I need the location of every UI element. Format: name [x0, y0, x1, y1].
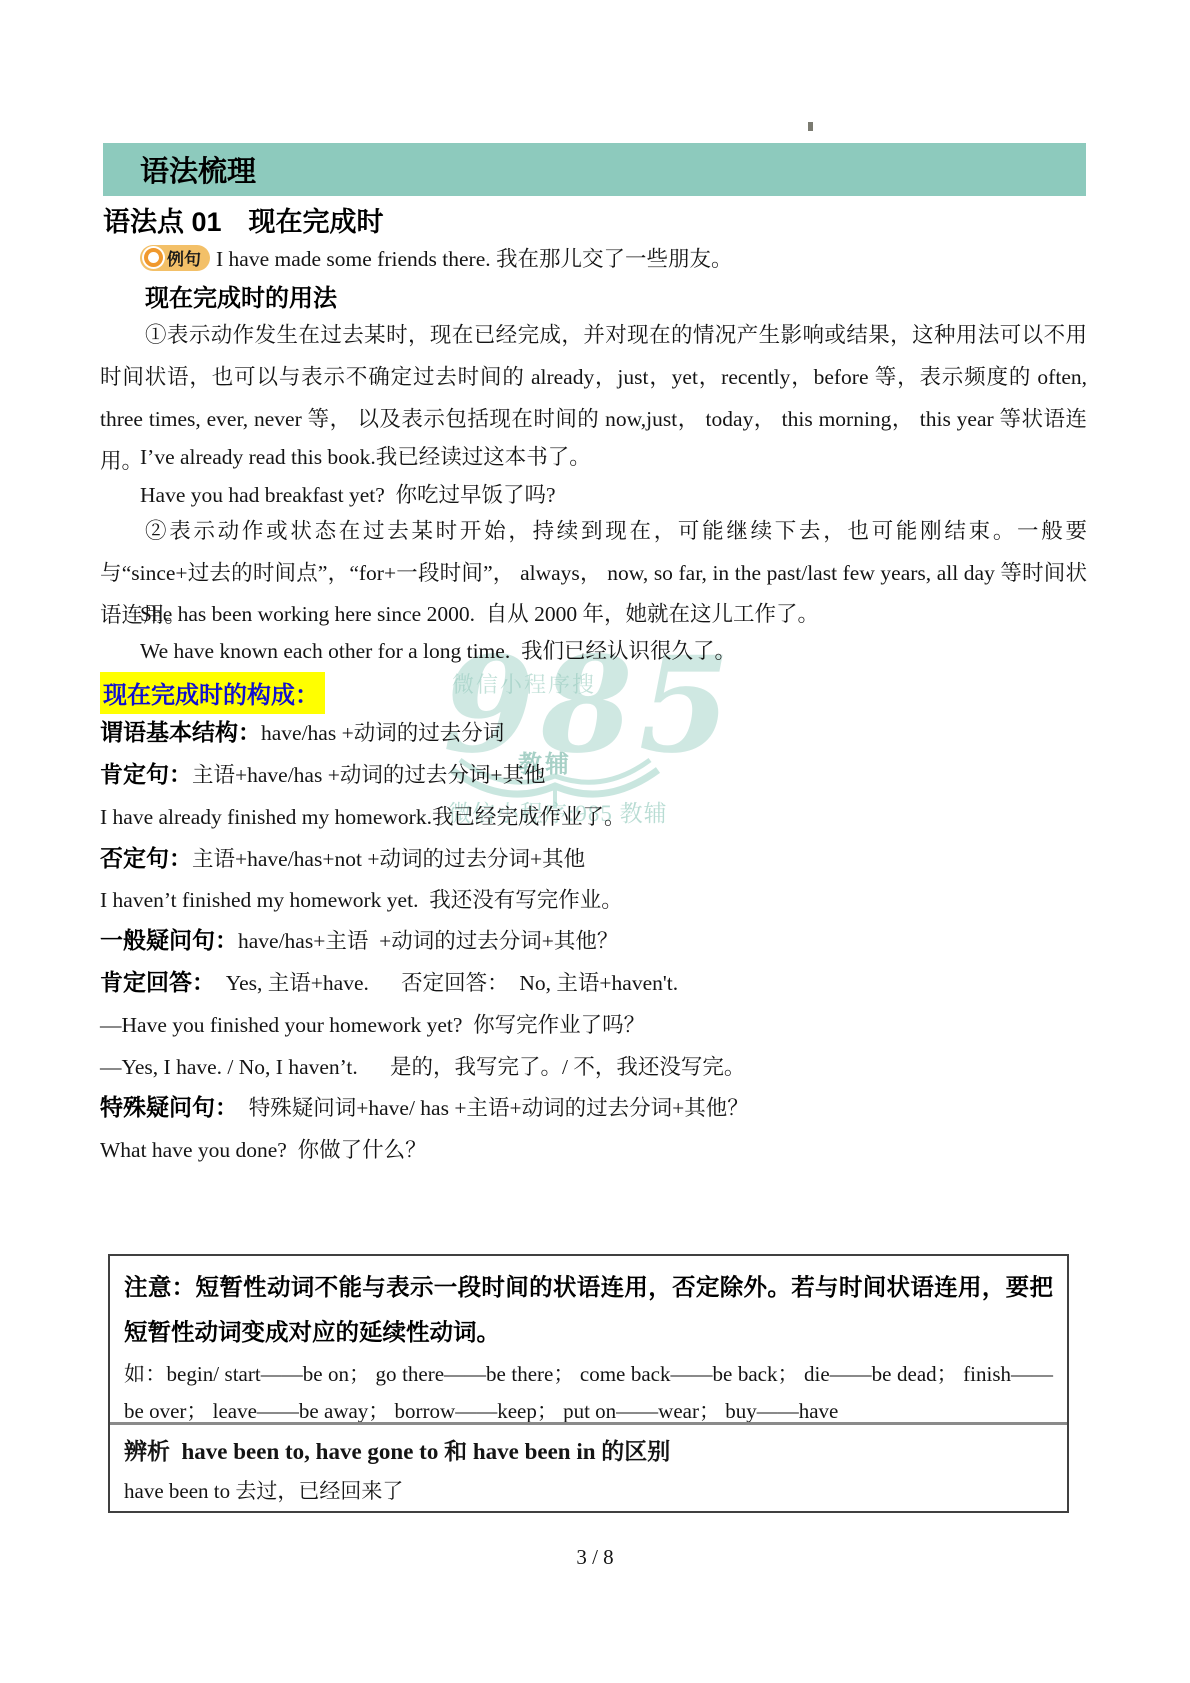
- general-question-text: have/has+主语 +动词的过去分词+其他？: [238, 929, 618, 953]
- notice-box: 注意：短暂性动词不能与表示一段时间的状语连用，否定除外。若与时间状语连用，要把短…: [108, 1254, 1069, 1513]
- page-number: 3 / 8: [0, 1545, 1190, 1570]
- answers-text: Yes, 主语+have. 否定回答： No, 主语+haven't.: [215, 971, 678, 995]
- special-question-text: 特殊疑问词+have/ has +主语+动词的过去分词+其他？: [238, 1096, 749, 1120]
- example-sentence-2: Have you had breakfast yet? 你吃过早饭了吗?: [140, 475, 556, 515]
- example-badge: 例句: [140, 245, 210, 271]
- analysis-title-row: 辨析 have been to, have gone to 和 have bee…: [124, 1433, 1053, 1466]
- composition-heading: 现在完成时的构成：: [100, 672, 325, 714]
- predicate-text: have/has +动词的过去分词: [261, 721, 504, 745]
- negative-label: 否定句：: [100, 845, 192, 871]
- negative-example: I haven’t finished my homework yet. 我还没有…: [100, 880, 623, 920]
- predicate-label: 谓语基本结构：: [100, 719, 261, 745]
- negative-row: 否定句：主语+have/has+not +动词的过去分词+其他: [100, 838, 585, 879]
- document-page: 微信小程序搜 985 教辅 微信小程序:985 教辅 语法梳理 语法点 01 现…: [0, 0, 1190, 1683]
- example-sentence-4: We have known each other for a long time…: [140, 631, 736, 671]
- example-badge-label: 例句: [167, 245, 201, 270]
- predicate-structure-row: 谓语基本结构：have/has +动词的过去分词: [100, 712, 504, 753]
- circle-icon: [144, 248, 163, 267]
- answers-row: 肯定回答： Yes, 主语+have. 否定回答： No, 主语+haven't…: [100, 962, 678, 1003]
- analysis-line: have been to 去过，已经回来了: [124, 1475, 1053, 1505]
- affirmative-text: 主语+have/has +动词的过去分词+其他: [192, 763, 545, 787]
- affirmative-label: 肯定句：: [100, 761, 192, 787]
- analysis-section: 辨析 have been to, have gone to 和 have bee…: [110, 1425, 1067, 1509]
- example-sentence-3: She has been working here since 2000. 自从…: [140, 594, 819, 634]
- banner-title: 语法梳理: [140, 149, 256, 190]
- example-sentence-row: 例句 I have made some friends there. 我在那儿交…: [140, 242, 732, 273]
- affirmative-answer-label: 肯定回答：: [100, 969, 215, 995]
- negative-text: 主语+have/has+not +动词的过去分词+其他: [192, 847, 585, 871]
- notice-text: 注意：短暂性动词不能与表示一段时间的状语连用，否定除外。若与时间状语连用，要把短…: [124, 1265, 1053, 1355]
- special-question-example: What have you done? 你做了什么？: [100, 1130, 427, 1170]
- example-sentence-1: I’ve already read this book.我已经读过这本书了。: [140, 437, 591, 477]
- verb-conversion-examples: 如：begin/ start——be on； go there——be ther…: [124, 1356, 1053, 1425]
- qa-question-line: —Have you finished your homework yet? 你写…: [100, 1005, 645, 1045]
- stray-print-mark: [808, 122, 813, 131]
- general-question-label: 一般疑问句：: [100, 927, 238, 953]
- affirmative-row: 肯定句：主语+have/has +动词的过去分词+其他: [100, 754, 545, 795]
- usage-heading: 现在完成时的用法: [145, 278, 337, 313]
- special-question-label: 特殊疑问句：: [100, 1094, 238, 1120]
- grammar-point-title: 语法点 01 现在完成时: [103, 200, 384, 239]
- special-question-row: 特殊疑问句： 特殊疑问词+have/ has +主语+动词的过去分词+其他？: [100, 1087, 749, 1128]
- analysis-label: 辨析: [124, 1438, 170, 1464]
- example-sentence: I have made some friends there. 我在那儿交了一些…: [216, 242, 732, 273]
- affirmative-example: I have already finished my homework.我已经完…: [100, 797, 625, 837]
- grammar-review-banner: 语法梳理: [103, 143, 1086, 196]
- notice-section: 注意：短暂性动词不能与表示一段时间的状语连用，否定除外。若与时间状语连用，要把短…: [110, 1256, 1067, 1425]
- watermark-search-text: 微信小程序搜: [452, 668, 596, 699]
- general-question-row: 一般疑问句：have/has+主语 +动词的过去分词+其他？: [100, 920, 618, 961]
- analysis-title-text: have been to, have gone to 和 have been i…: [170, 1439, 670, 1464]
- qa-answer-line: —Yes, I have. / No, I haven’t. 是的，我写完了。/…: [100, 1047, 745, 1087]
